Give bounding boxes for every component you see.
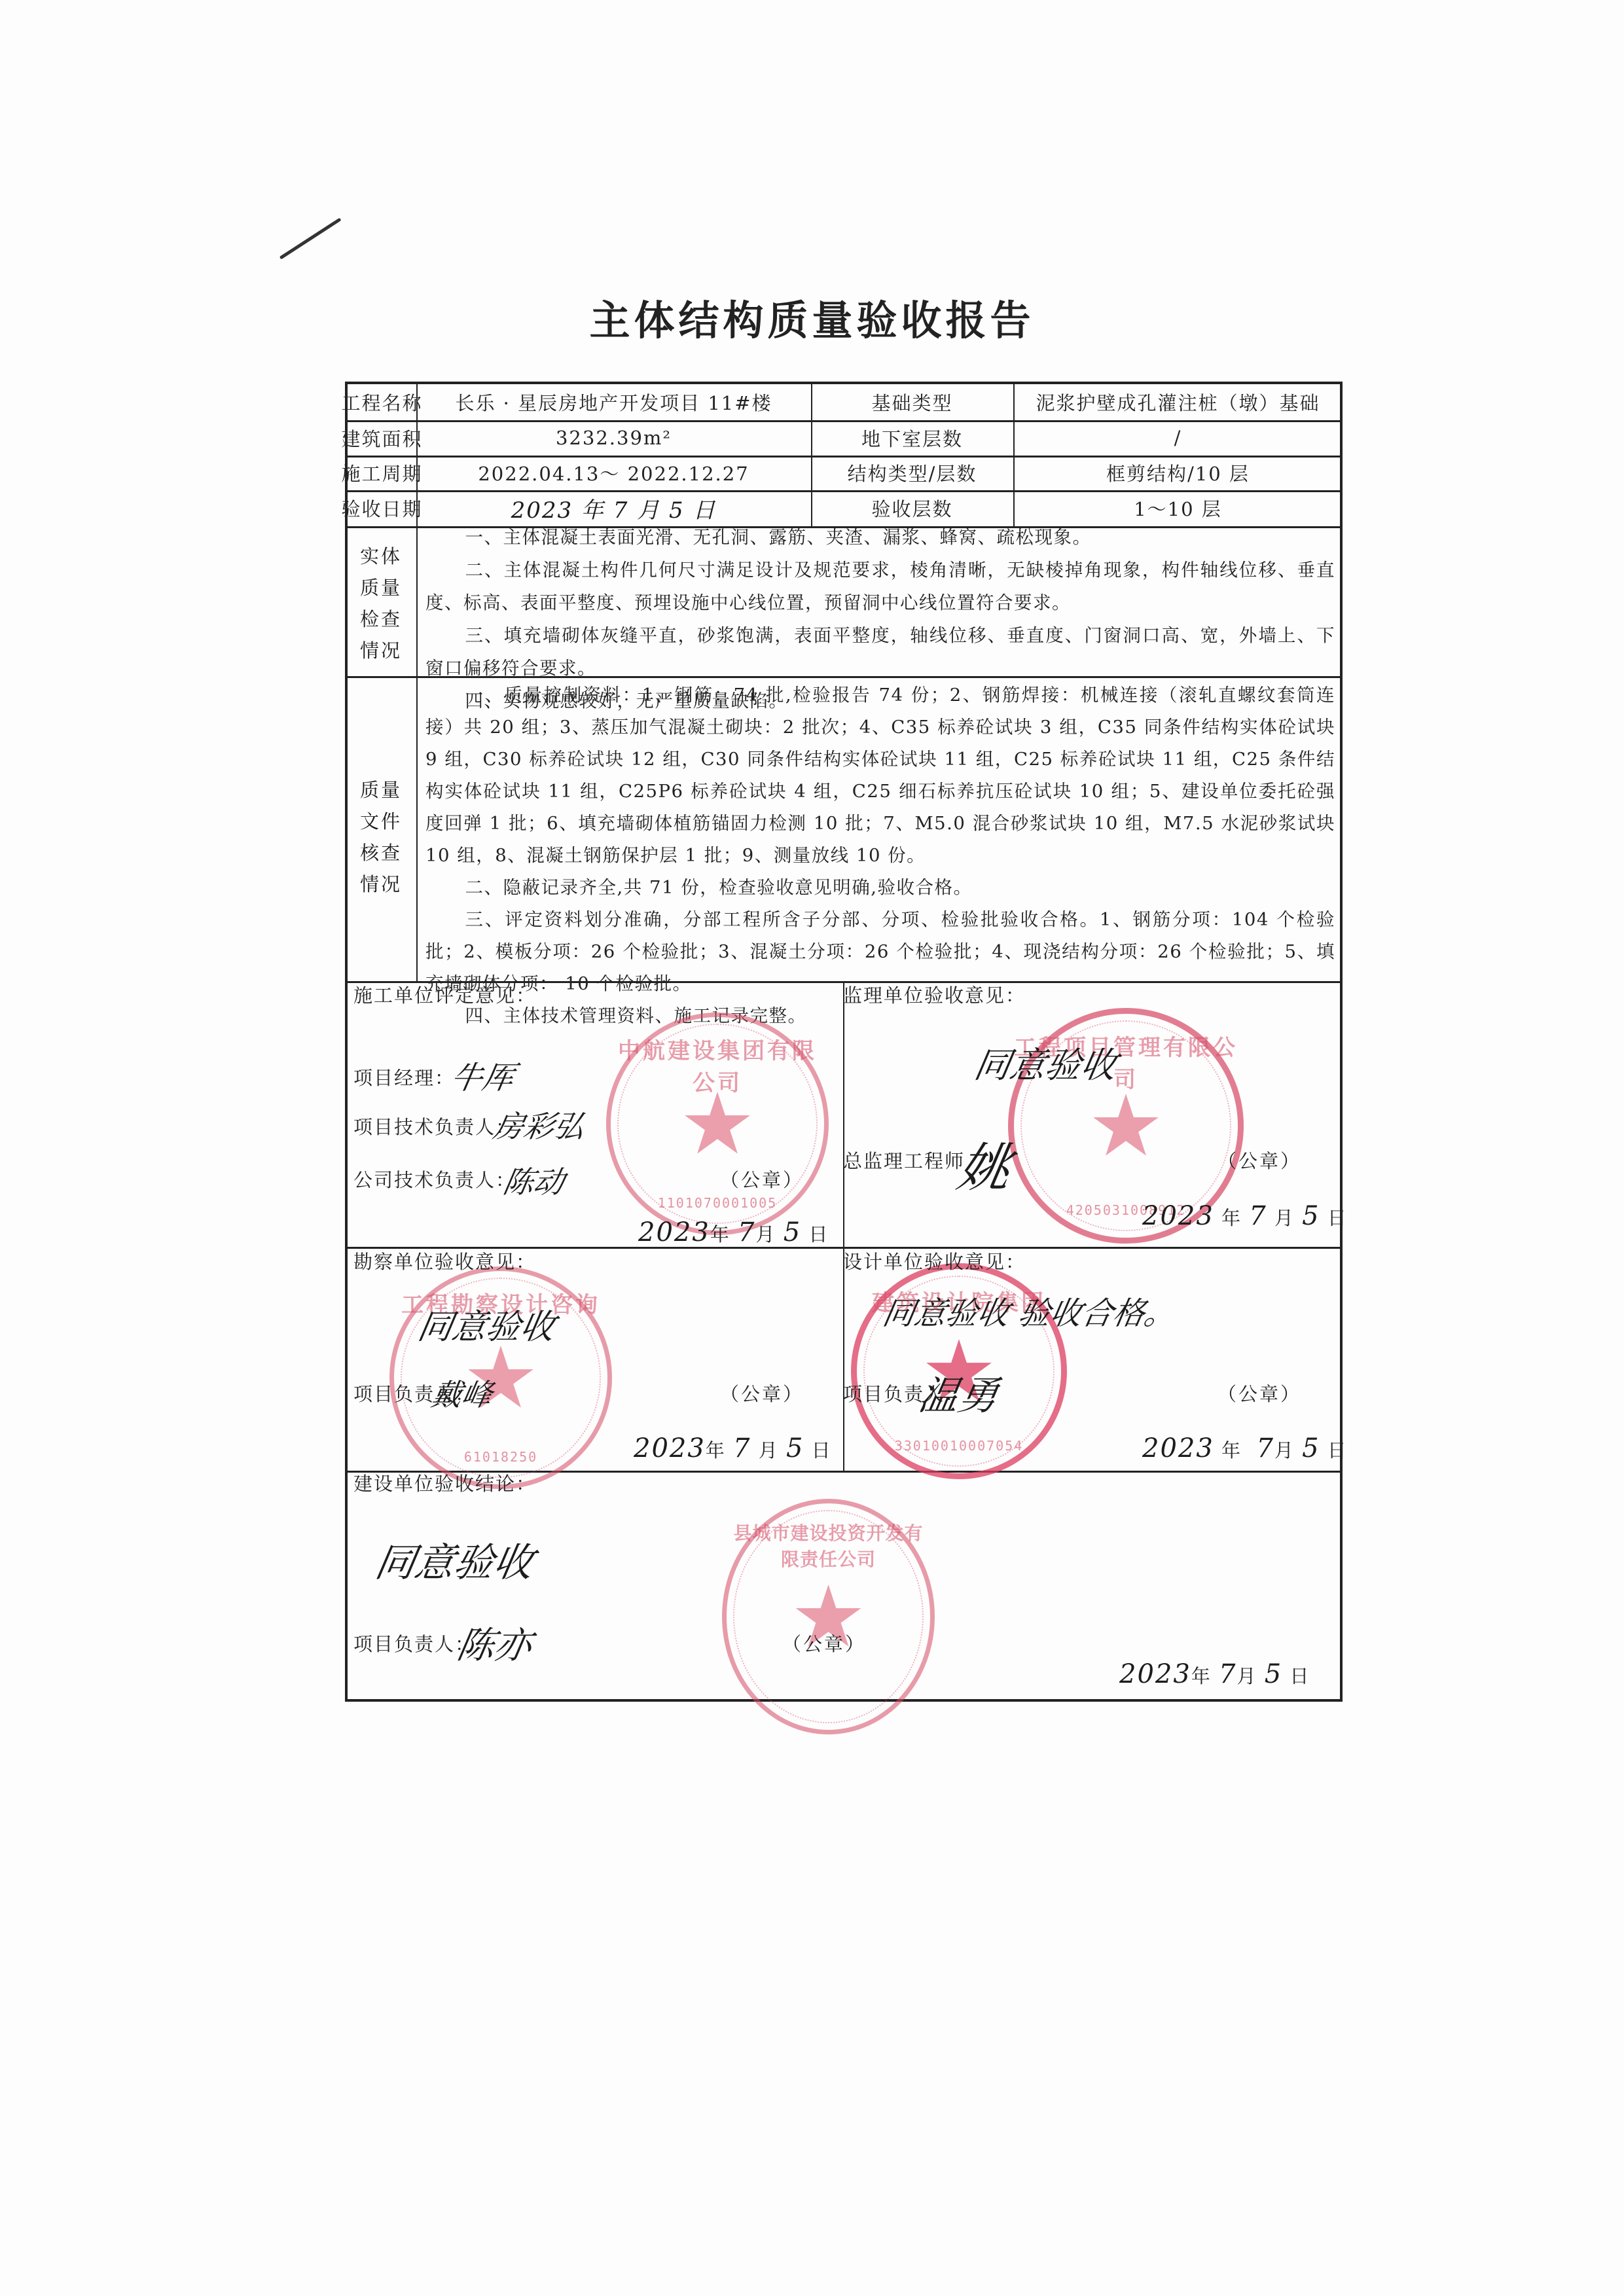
entity-quality-item: 二、主体混凝土构件几何尺寸满足设计及规范要求，棱角清晰，无缺棱掉角现象，构件轴线…: [425, 554, 1335, 619]
entity-quality-item: 三、填充墙砌体灰缝平直，砂浆饱满，表面平整度，轴线位移、垂直度、门窗洞口高、宽，…: [425, 619, 1335, 685]
construction-unit-date: 2023年 7月 5 日: [638, 1217, 829, 1247]
survey-unit-header: 勘察单位验收意见：: [353, 1247, 536, 1274]
value-structure-type: 框剪结构/10 层: [1013, 456, 1343, 490]
seal-label: （公章）: [720, 1166, 804, 1193]
seal-label: （公章）: [782, 1630, 866, 1657]
label-acceptance-date: 验收日期: [348, 490, 416, 526]
label-structure-type: 结构类型/层数: [811, 456, 1013, 490]
value-foundation-type: 泥浆护壁成孔灌注桩（墩）基础: [1013, 384, 1343, 420]
owner-unit-header: 建设单位验收结论：: [353, 1469, 536, 1496]
design-opinion: 同意验收 验收合格。: [880, 1288, 1180, 1333]
document-check-content: 一、质量控制资料：1、钢筋：74 批,检验报告 74 份；2、钢筋焊接：机械连接…: [425, 679, 1335, 1032]
design-project-lead-signature: 温勇: [914, 1365, 1003, 1421]
document-check-label: 质量 文件 核查 情况: [348, 774, 414, 900]
owner-unit-date: 2023年 7月 5 日: [1119, 1659, 1310, 1689]
supervision-unit-date: 2023 年 7 月 5 日: [1142, 1201, 1348, 1231]
value-construction-period: 2022.04.13～ 2022.12.27: [416, 456, 811, 490]
seal-label: （公章）: [1218, 1147, 1301, 1174]
value-project-name: 长乐 · 星辰房地产开发项目 11#楼: [416, 384, 811, 420]
label-construction-period: 施工周期: [348, 456, 416, 490]
construction-unit-header: 施工单位评定意见：: [353, 981, 536, 1008]
entity-quality-label: 实体 质量 检查 情况: [348, 541, 414, 666]
document-check-item: 二、隐蔽记录齐全,共 71 份，检查验收意见明确,验收合格。: [425, 872, 1335, 904]
label-building-area: 建筑面积: [348, 420, 416, 456]
entity-quality-item: 一、主体混凝土表面光滑、无孔洞、露筋、夹渣、漏浆、蜂窝、疏松现象。: [425, 521, 1335, 554]
col-divider: [416, 526, 418, 981]
seal-label: （公章）: [720, 1380, 804, 1407]
owner-opinion: 同意验收: [371, 1532, 538, 1588]
chief-supervisor-label: 总监理工程师: [843, 1147, 965, 1174]
project-manager-signature: 牛厍: [448, 1052, 518, 1098]
document-title: 主体结构质量验收报告: [0, 288, 1624, 346]
survey-unit-date: 2023年 7 月 5 日: [634, 1433, 832, 1463]
seal-label: （公章）: [1218, 1380, 1301, 1407]
label-basement-floors: 地下室层数: [811, 420, 1013, 456]
owner-project-lead-signature: 陈亦: [454, 1617, 536, 1669]
design-unit-header: 设计单位验收意见：: [843, 1247, 1026, 1274]
survey-project-lead-signature: 戴峰: [428, 1371, 496, 1414]
supervision-unit-header: 监理单位验收意见：: [843, 981, 1026, 1008]
design-unit-date: 2023 年 7月 5 日: [1142, 1433, 1348, 1463]
label-foundation-type: 基础类型: [811, 384, 1013, 420]
value-building-area: 3232.39m²: [416, 420, 811, 456]
project-tech-lead-label: 项目技术负责人：: [353, 1113, 516, 1139]
company-tech-lead-signature: 陈动: [500, 1158, 568, 1202]
company-tech-lead-label: 公司技术负责人：: [353, 1166, 516, 1193]
supervision-opinion: 同意验收: [971, 1037, 1121, 1088]
value-basement-floors: /: [1013, 420, 1343, 456]
document-check-item: 一、质量控制资料：1、钢筋：74 批,检验报告 74 份；2、钢筋焊接：机械连接…: [425, 679, 1335, 872]
project-manager-label: 项目经理：: [353, 1064, 455, 1090]
project-tech-lead-signature: 房彩弘: [490, 1103, 588, 1146]
label-project-name: 工程名称: [348, 384, 416, 420]
survey-opinion: 同意验收: [414, 1299, 559, 1348]
